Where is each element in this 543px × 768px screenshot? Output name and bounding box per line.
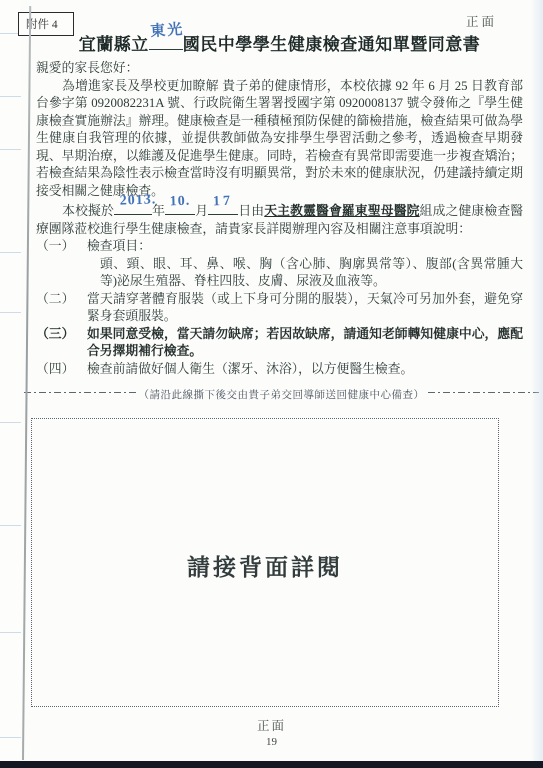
handwritten-month: 10. [170,193,191,211]
school-name-blank: 東光 [149,35,183,50]
month-unit: 月 [195,204,208,218]
handwritten-year: 2013. [120,191,157,210]
tear-line-segment-left [24,392,136,393]
greeting-line: 親愛的家長您好： [36,60,523,78]
scan-left-margin [0,0,21,768]
item-1-text: 檢查項目： [87,238,523,256]
month-blank: 10. [165,200,195,215]
front-side-label-bottom: 正面 [0,716,543,734]
schedule-prefix: 本校擬於 [62,204,114,218]
document-body: 宜蘭縣立東光國民中學學生健康檢查通知單暨同意書 親愛的家長您好： 為增進家長及學… [36,33,523,378]
instruction-list: （一） 檢查項目： 頭、頸、眼、耳、鼻、喉、胸（含心肺、胸廓異常等）、腹部(含異… [36,238,523,378]
scanned-document-page: 附件 4 正面 宜蘭縣立東光國民中學學生健康檢查通知單暨同意書 親愛的家長您好：… [0,0,543,768]
intro-paragraph: 為增進家長及學校更加瞭解 貴子弟的健康情形，本校依據 92 年 6 月 25 日… [36,78,523,201]
list-item-1: （一） 檢查項目： 頭、頸、眼、耳、鼻、喉、胸（含心肺、胸廓異常等）、腹部(含異… [36,238,523,291]
scan-right-edge-shadow [531,0,543,768]
consent-slip-box: 請接背面詳閱 [31,418,499,707]
item-1-label: （一） [36,238,74,256]
handwritten-day: 17 [213,193,234,211]
tear-line-segment-right [428,392,540,393]
item-2-text: 當天請穿著體育服裝（或上下身可分開的服裝），天氣冷可另加外套，避免穿緊身套頭服裝… [87,291,523,326]
item-3-label: （三） [36,326,74,344]
document-title: 宜蘭縣立東光國民中學學生健康檢查通知單暨同意書 [36,33,523,57]
item-3-text: 如果同意受檢，當天請勿缺席；若因故缺席，請通知老師轉知健康中心，應配合另擇期補行… [87,326,523,361]
item-4-text: 檢查前請做好個人衛生（潔牙、沐浴），以方便醫生檢查。 [87,361,523,379]
see-back-notice: 請接背面詳閱 [32,549,498,582]
list-item-4: （四） 檢查前請做好個人衛生（潔牙、沐浴），以方便醫生檢查。 [36,361,523,379]
hospital-name: 天主教靈醫會羅東聖母醫院 [264,204,419,218]
page-number: 19 [0,736,543,748]
title-suffix: 國民中學學生健康檢查通知單暨同意書 [183,35,481,54]
tear-off-line: （請沿此線撕下後交由貴子弟交回導師送回健康中心備查） [24,383,539,401]
day-blank: 17 [208,200,238,215]
attachment-label-box: 附件 4 [18,12,74,36]
title-prefix: 宜蘭縣立 [79,35,149,54]
list-item-3: （三） 如果同意受檢，當天請勿缺席；若因故缺席，請通知老師轉知健康中心，應配合另… [36,326,523,361]
year-blank: 2013. [114,200,152,215]
front-side-label-top: 正面 [466,12,497,30]
item-2-label: （二） [36,291,74,309]
handwritten-school-name: 東光 [149,18,185,44]
list-item-2: （二） 當天請穿著體育服裝（或上下身可分開的服裝），天氣冷可另加外套，避免穿緊身… [36,291,523,326]
tear-line-note: （請沿此線撕下後交由貴子弟交回導師送回健康中心備查） [136,387,428,402]
item-4-label: （四） [36,361,74,379]
item-1-detail: 頭、頸、眼、耳、鼻、喉、胸（含心肺、胸廓異常等）、腹部(含異常腫大等)泌尿生殖器… [100,256,523,291]
schedule-sentence: 本校擬於2013.年10.月17日由天主教靈醫會羅東聖母醫院組成之健康檢查醫療團… [36,200,523,238]
scan-bottom-edge [0,761,543,768]
day-unit: 日由 [238,204,264,218]
